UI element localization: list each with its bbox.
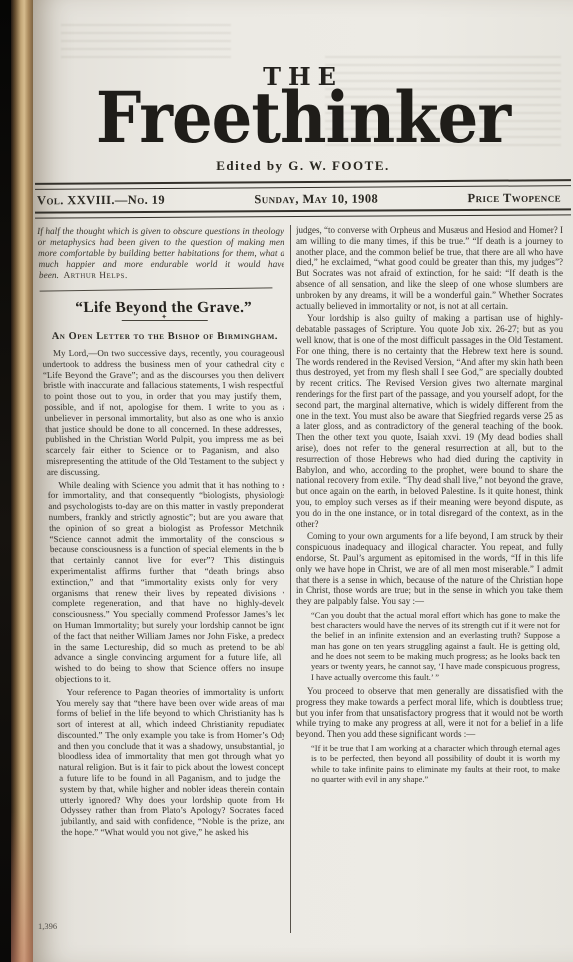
epigraph: If half the thought which is given to ob… — [37, 227, 284, 282]
article-paragraph: Coming to your own arguments for a life … — [296, 531, 563, 607]
article-paragraph: judges, “to converse with Orpheus and Mu… — [296, 225, 563, 311]
issue-bar: Vol. XXVIII.—No. 19 Sunday, May 10, 1908… — [33, 187, 573, 212]
article-blockquote: “Can you doubt that the actual moral eff… — [311, 610, 560, 682]
title-ornament — [121, 320, 207, 326]
masthead-title: Freethinker — [33, 84, 573, 154]
right-column: judges, “to converse with Orpheus and Mu… — [296, 225, 563, 933]
issue-folio-number: 1,396 — [38, 921, 57, 931]
article-subtitle: An Open Letter to the Bishop of Birmingh… — [41, 331, 284, 342]
left-column: If half the thought which is given to ob… — [37, 225, 284, 933]
left-column-content: If half the thought which is given to ob… — [37, 227, 284, 838]
article-blockquote: “If it be true that I am working at a ch… — [311, 743, 560, 784]
price-label: Price Twopence — [467, 191, 561, 206]
book-spine — [0, 0, 11, 962]
page-edge-curl — [11, 0, 33, 962]
article-paragraph: You proceed to observe that men generall… — [296, 686, 563, 740]
volume-number: Vol. XXVIII.—No. 19 — [37, 193, 165, 209]
newspaper-page: THE Freethinker Edited by G. W. FOOTE. V… — [33, 0, 573, 962]
article-paragraph: My Lord,—On two successive days, recentl… — [42, 348, 284, 478]
column-divider-rule — [290, 225, 291, 933]
two-column-text-area: If half the thought which is given to ob… — [33, 217, 573, 933]
issue-date: Sunday, May 10, 1908 — [254, 192, 378, 208]
epigraph-attribution: Arthur Helps. — [63, 271, 128, 281]
masthead: THE Freethinker Edited by G. W. FOOTE. — [33, 0, 573, 174]
article-paragraph: While dealing with Science you admit tha… — [47, 480, 284, 685]
article-paragraph: Your reference to Pagan theories of immo… — [55, 687, 284, 838]
epigraph-divider-rule — [40, 287, 273, 291]
article-paragraph: Your lordship is also guilty of making a… — [296, 313, 563, 529]
scanned-newspaper-page: THE Freethinker Edited by G. W. FOOTE. V… — [0, 0, 573, 962]
masthead-editor-line: Edited by G. W. FOOTE. — [33, 158, 573, 174]
